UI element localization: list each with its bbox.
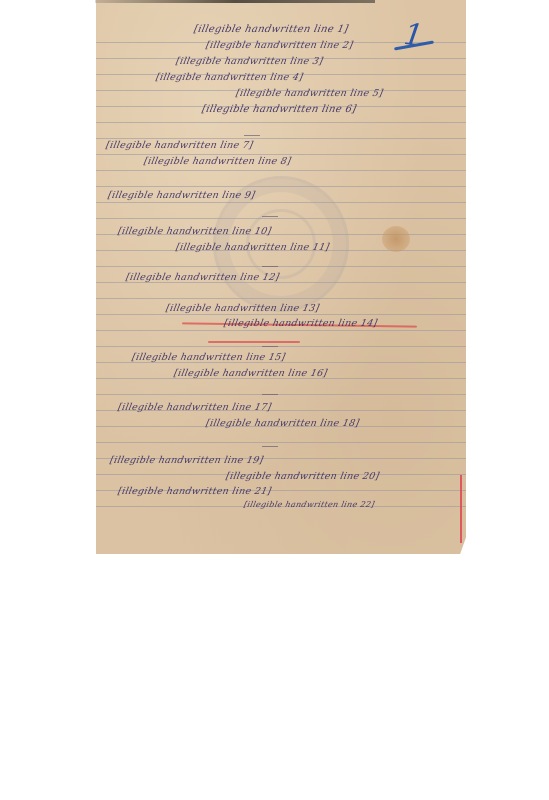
paper-stain bbox=[382, 226, 410, 252]
handwritten-line: [illegible handwritten line 15] bbox=[131, 352, 287, 363]
handwritten-line: [illegible handwritten line 18] bbox=[205, 418, 361, 429]
handwritten-line: [illegible handwritten line 2] bbox=[205, 40, 354, 51]
handwritten-line: [illegible handwritten line 21] bbox=[117, 486, 273, 497]
ruled-line bbox=[96, 138, 466, 139]
red-underline bbox=[208, 341, 300, 343]
handwritten-line: [illegible handwritten line 12] bbox=[125, 272, 281, 283]
separator-dash bbox=[262, 346, 278, 347]
handwritten-line: [illegible handwritten line 14] bbox=[223, 318, 379, 329]
red-margin-mark bbox=[460, 475, 462, 543]
handwritten-line: [illegible handwritten line 5] bbox=[235, 88, 384, 99]
ruled-line bbox=[96, 170, 466, 171]
scan-edge-shadow bbox=[95, 0, 375, 3]
ruled-line bbox=[96, 442, 466, 443]
ruled-line bbox=[96, 314, 466, 315]
handwritten-line: [illegible handwritten line 4] bbox=[155, 72, 304, 83]
handwritten-line: [illegible handwritten line 16] bbox=[173, 368, 329, 379]
handwritten-line: [illegible handwritten line 17] bbox=[117, 402, 273, 413]
manuscript-page: 1 [illegible handwritten line 1] [illegi… bbox=[96, 0, 466, 554]
handwritten-line: [illegible handwritten line 10] bbox=[117, 226, 273, 237]
ruled-line bbox=[96, 346, 466, 347]
separator-dash bbox=[262, 216, 278, 217]
handwritten-line: [illegible handwritten line 9] bbox=[107, 190, 256, 201]
ruled-line bbox=[96, 154, 466, 155]
separator-dash bbox=[262, 446, 278, 447]
handwritten-line: [illegible handwritten line 8] bbox=[143, 156, 292, 167]
handwritten-line: [illegible handwritten line 13] bbox=[165, 303, 321, 314]
separator-dash bbox=[244, 135, 260, 136]
handwritten-line: [illegible handwritten line 22] bbox=[243, 500, 376, 509]
ruled-line bbox=[96, 122, 466, 123]
separator-dash bbox=[262, 266, 278, 267]
separator-dash bbox=[262, 394, 278, 395]
handwritten-line: [illegible handwritten line 7] bbox=[105, 140, 254, 151]
ruled-line bbox=[96, 394, 466, 395]
ruled-line bbox=[96, 330, 466, 331]
handwritten-line: [illegible handwritten line 1] bbox=[193, 24, 350, 35]
handwritten-line: [illegible handwritten line 6] bbox=[201, 104, 358, 115]
handwritten-line: [illegible handwritten line 20] bbox=[225, 471, 381, 482]
handwritten-line: [illegible handwritten line 19] bbox=[109, 455, 265, 466]
handwritten-line: [illegible handwritten line 11] bbox=[175, 242, 331, 253]
handwritten-line: [illegible handwritten line 3] bbox=[175, 56, 324, 67]
